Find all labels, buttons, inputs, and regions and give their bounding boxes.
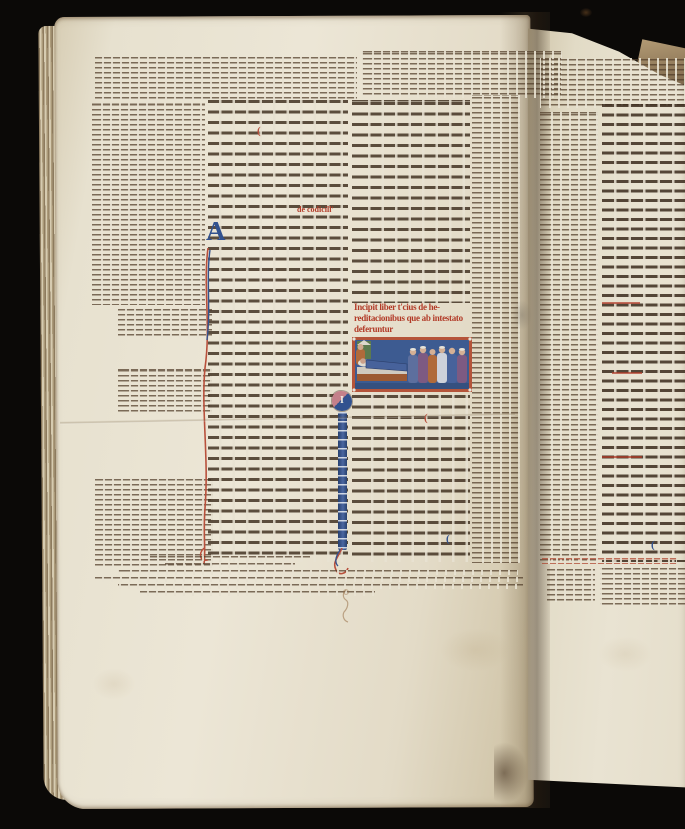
rp-red-underline (612, 372, 642, 374)
rubric-line-3: deferuntur (354, 324, 393, 335)
manuscript-photo: { "photo": { "background_color": "#0b090… (0, 0, 685, 829)
stain (92, 668, 136, 700)
rp-red-underline (602, 302, 640, 304)
top-gloss-left (95, 57, 357, 101)
speck (580, 8, 592, 17)
bottom-gloss-line (118, 584, 523, 589)
inline-rubric-de-codicillis: de codicill' (297, 205, 334, 214)
top-gloss-right (362, 51, 562, 98)
rp-top-gloss (540, 58, 685, 108)
miniature-deathbed-scene (352, 337, 472, 392)
rp-red-underline (602, 456, 642, 458)
margin-gloss-column (92, 103, 205, 305)
rubric-line-1: Incipit liber t'cius de he- (354, 302, 440, 313)
initial-i-ornament: I (332, 391, 352, 411)
rp-gloss-column (540, 112, 598, 564)
stain (598, 636, 652, 672)
bottom-gloss-line (150, 556, 310, 561)
initial-a-flourish-descender (196, 248, 216, 564)
paragraph-mark: ( (257, 126, 261, 136)
smudge (512, 300, 532, 330)
bottom-gloss-line (118, 570, 518, 575)
main-column-left (208, 100, 348, 562)
bed-frame (357, 374, 407, 381)
bottom-gloss-line (95, 577, 523, 582)
stain (440, 628, 510, 672)
inner-gloss-column (472, 95, 520, 563)
dying-man-head (360, 358, 366, 364)
paragraph-mark: ( (446, 534, 450, 544)
rp-bottom-gloss (600, 566, 685, 606)
main-column-right-upper (352, 100, 470, 303)
initial-i-bar (338, 412, 347, 550)
rp-margin-note (547, 568, 595, 602)
bottom-gloss-line (165, 563, 295, 568)
initial-a: A (206, 216, 226, 246)
rubric-line-2: reditacionibus que ab intestato (354, 313, 463, 324)
pen-trial-sketch (334, 588, 358, 624)
rp-main-column (602, 104, 685, 562)
main-column-right-lower (352, 394, 470, 562)
rp-explicit-line (542, 558, 677, 564)
gutter-foot-shadow (494, 742, 528, 804)
paragraph-mark: ( (651, 540, 655, 550)
